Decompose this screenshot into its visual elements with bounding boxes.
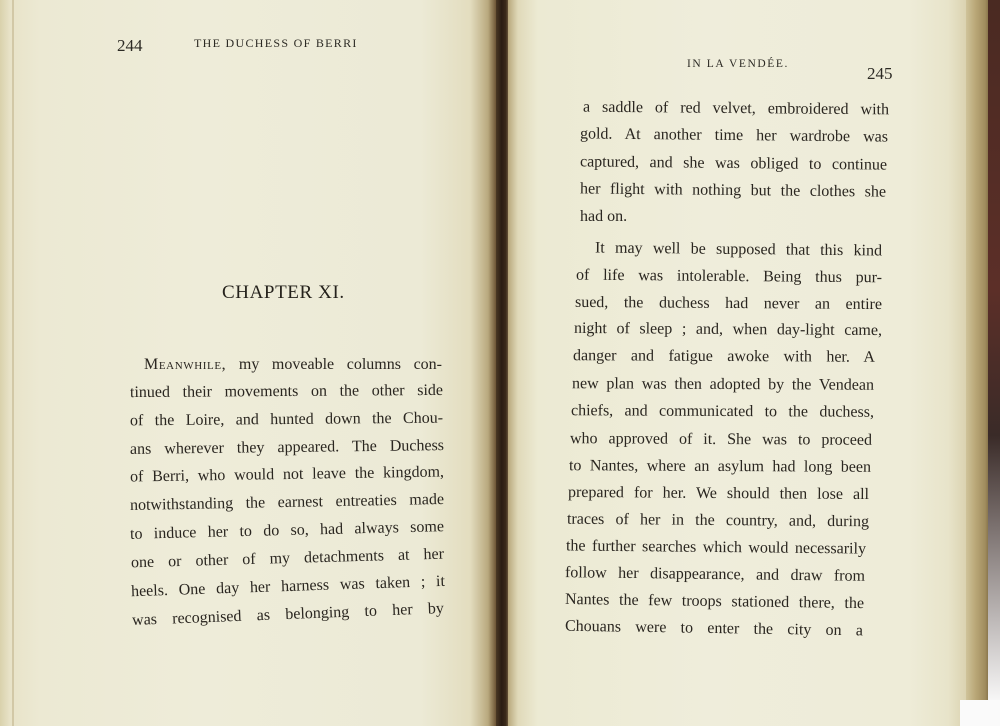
text-line: captured, and she was obliged to continu… — [580, 153, 887, 174]
right-running-head: IN LA VENDÉE. — [687, 58, 789, 70]
text-line: of life was intolerable. Being thus pur- — [576, 267, 882, 288]
text-line: danger and fatigue awoke with her. A — [573, 347, 875, 367]
lead-word: Meanwhile, — [144, 356, 226, 373]
text-line: It may well be supposed that this kind — [595, 239, 882, 260]
book-cover-edge — [988, 0, 1000, 726]
text-line: tinued their movements on the other side — [130, 382, 443, 402]
text-line: who approved of it. She was to proceed — [570, 430, 872, 450]
background — [960, 700, 1000, 726]
right-page-number: 245 — [867, 64, 893, 84]
text-line: Meanwhile, my moveable columns con- — [144, 356, 442, 374]
text-line: traces of her in the country, and, durin… — [567, 511, 869, 532]
text-line: prepared for her. We should then lose al… — [568, 484, 869, 504]
page-edges — [966, 0, 990, 726]
chapter-title: CHAPTER XI. — [222, 282, 345, 304]
text-line: sued, the duchess had never an entire — [575, 294, 882, 314]
text-line: ans wherever they appeared. The Duchess — [130, 437, 444, 459]
text-line: new plan was then adopted by the Vendean — [572, 375, 874, 395]
text-line: of the Loire, and hunted down the Chou- — [130, 410, 443, 431]
text-line: her flight with nothing but the clothes … — [580, 180, 886, 201]
text-line: chiefs, and communicated to the duchess, — [571, 402, 874, 422]
text-line: to Nantes, where an asylum had long been — [569, 457, 871, 477]
text-line: gold. At another time her wardrobe was — [580, 125, 888, 146]
text-line: follow her disappearance, and draw from — [565, 564, 865, 586]
text-line: night of sleep ; and, when day-light cam… — [574, 320, 882, 340]
left-page-number: 244 — [117, 36, 143, 56]
book-spread: 244 THE DUCHESS OF BERRI CHAPTER XI. Mea… — [0, 0, 1000, 726]
text-line: a saddle of red velvet, embroidered with — [583, 99, 889, 120]
text-line: had on. — [580, 208, 627, 226]
left-running-head: THE DUCHESS OF BERRI — [194, 36, 358, 51]
text-line: the further searches which would necessa… — [566, 537, 866, 558]
